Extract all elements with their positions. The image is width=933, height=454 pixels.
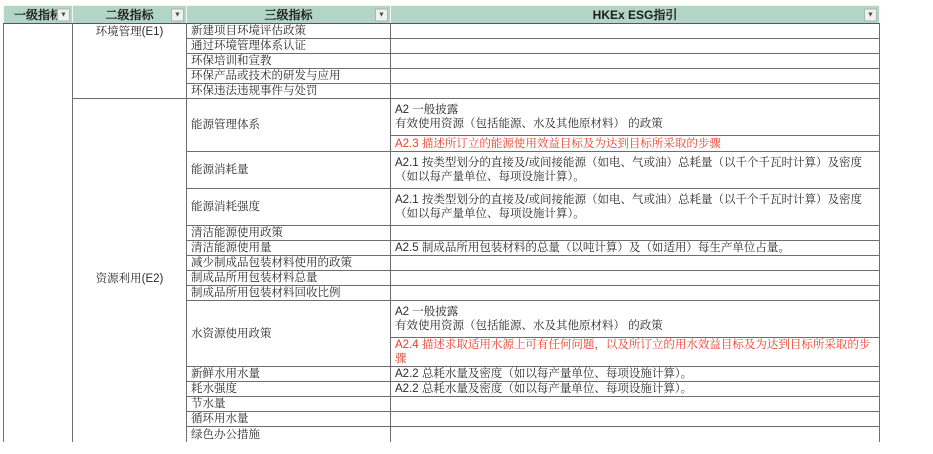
- cell-l3-r4[interactable]: 环保产品或技术的研发与应用: [187, 69, 391, 84]
- cell-l3-r1[interactable]: 新建项目环境评估政策: [187, 24, 391, 39]
- esg-indicator-table: 一级指标 ▼ 二级指标 ▼ 三级指标 ▼ HKEx ESG指引 ▼ 环境管理(E…: [3, 5, 880, 442]
- cell-l3-r18[interactable]: 耗水强度: [187, 382, 391, 397]
- cell-l3-r21[interactable]: 绿色办公措施: [187, 427, 391, 443]
- column-header-level2-label: 二级指标: [105, 8, 153, 22]
- cell-hkex-r6[interactable]: A2 一般披露 有效使用资源（包括能源、水及其他原材料） 的政策: [391, 99, 880, 136]
- cell-hkex-r14[interactable]: [391, 286, 880, 301]
- filter-dropdown-icon: ▼: [174, 11, 181, 18]
- cell-l3-r20[interactable]: 循环用水量: [187, 412, 391, 427]
- cell-hkex-r9[interactable]: A2.1 按类型划分的直接及/或间接能源（如电、气或油）总耗量（以千个千瓦时计算…: [391, 189, 880, 226]
- cell-hkex-r2[interactable]: [391, 39, 880, 54]
- cell-l3-r19[interactable]: 节水量: [187, 397, 391, 412]
- cell-hkex-r16[interactable]: A2.4 描述求取适用水源上可有任何问题，以及所订立的用水效益目标及为达到目标所…: [391, 338, 880, 367]
- cell-l3-r8[interactable]: 能源消耗量: [187, 152, 391, 189]
- filter-dropdown-button-level1[interactable]: ▼: [57, 8, 70, 21]
- cell-l3-r10[interactable]: 清洁能源使用政策: [187, 226, 391, 241]
- cell-l3-r17[interactable]: 新鲜水用水量: [187, 367, 391, 382]
- filter-dropdown-button-level3[interactable]: ▼: [375, 8, 388, 21]
- column-header-level1[interactable]: 一级指标 ▼: [4, 6, 73, 24]
- cell-hkex-r12[interactable]: [391, 256, 880, 271]
- table-row: 资源利用(E2)能源管理体系A2 一般披露 有效使用资源（包括能源、水及其他原材…: [4, 99, 880, 136]
- cell-hkex-r1[interactable]: [391, 24, 880, 39]
- filter-dropdown-icon: ▼: [378, 11, 385, 18]
- cell-hkex-r18[interactable]: A2.2 总耗水量及密度（如以每产量单位、每项设施计算）。: [391, 382, 880, 397]
- cell-l3-r11[interactable]: 清洁能源使用量: [187, 241, 391, 256]
- cell-l3-r12[interactable]: 减少制成品包装材料使用的政策: [187, 256, 391, 271]
- column-header-level1-label: 一级指标: [14, 8, 62, 22]
- cell-hkex-r5[interactable]: [391, 84, 880, 99]
- filter-dropdown-icon: ▼: [867, 11, 874, 18]
- cell-l3-r6[interactable]: 能源管理体系: [187, 99, 391, 152]
- cell-hkex-r10[interactable]: [391, 226, 880, 241]
- cell-hkex-r11[interactable]: A2.5 制成品所用包装材料的总量（以吨计算）及（如适用）每生产单位占量。: [391, 241, 880, 256]
- cell-hkex-r17[interactable]: A2.2 总耗水量及密度（如以每产量单位、每项设施计算）。: [391, 367, 880, 382]
- cell-l1-r1[interactable]: [4, 24, 73, 443]
- cell-l3-r2[interactable]: 通过环境管理体系认证: [187, 39, 391, 54]
- column-header-hkex-esg[interactable]: HKEx ESG指引 ▼: [391, 6, 880, 24]
- cell-hkex-r4[interactable]: [391, 69, 880, 84]
- spreadsheet-viewport: 一级指标 ▼ 二级指标 ▼ 三级指标 ▼ HKEx ESG指引 ▼ 环境管理(E…: [3, 5, 882, 442]
- cell-hkex-r15[interactable]: A2 一般披露 有效使用资源（包括能源、水及其他原材料） 的政策: [391, 301, 880, 338]
- cell-l2-r6[interactable]: 资源利用(E2): [73, 99, 187, 443]
- cell-l3-r3[interactable]: 环保培训和宣教: [187, 54, 391, 69]
- cell-hkex-r21[interactable]: [391, 427, 880, 443]
- cell-hkex-r20[interactable]: [391, 412, 880, 427]
- filter-dropdown-button-level2[interactable]: ▼: [171, 8, 184, 21]
- cell-l3-r13[interactable]: 制成品所用包装材料总量: [187, 271, 391, 286]
- cell-l3-r9[interactable]: 能源消耗强度: [187, 189, 391, 226]
- column-header-level3-label: 三级指标: [264, 8, 312, 22]
- column-header-level3[interactable]: 三级指标 ▼: [187, 6, 391, 24]
- cell-l2-r1[interactable]: 环境管理(E1): [73, 24, 187, 99]
- cell-l3-r5[interactable]: 环保违法违规事件与处罚: [187, 84, 391, 99]
- header-row: 一级指标 ▼ 二级指标 ▼ 三级指标 ▼ HKEx ESG指引 ▼: [4, 6, 880, 24]
- column-header-level2[interactable]: 二级指标 ▼: [73, 6, 187, 24]
- cell-l3-r14[interactable]: 制成品所用包装材料回收比例: [187, 286, 391, 301]
- cell-hkex-r3[interactable]: [391, 54, 880, 69]
- cell-hkex-r8[interactable]: A2.1 按类型划分的直接及/或间接能源（如电、气或油）总耗量（以千个千瓦时计算…: [391, 152, 880, 189]
- cell-hkex-r7[interactable]: A2.3 描述所订立的能源使用效益目标及为达到目标所采取的步骤: [391, 136, 880, 152]
- table-row: 环境管理(E1)新建项目环境评估政策: [4, 24, 880, 39]
- cell-l3-r15[interactable]: 水资源使用政策: [187, 301, 391, 367]
- table-body: 环境管理(E1)新建项目环境评估政策通过环境管理体系认证环保培训和宣教环保产品或…: [4, 24, 880, 443]
- cell-hkex-r13[interactable]: [391, 271, 880, 286]
- filter-dropdown-icon: ▼: [60, 11, 67, 18]
- column-header-hkex-esg-label: HKEx ESG指引: [593, 8, 678, 22]
- filter-dropdown-button-hkex-esg[interactable]: ▼: [864, 8, 877, 21]
- cell-hkex-r19[interactable]: [391, 397, 880, 412]
